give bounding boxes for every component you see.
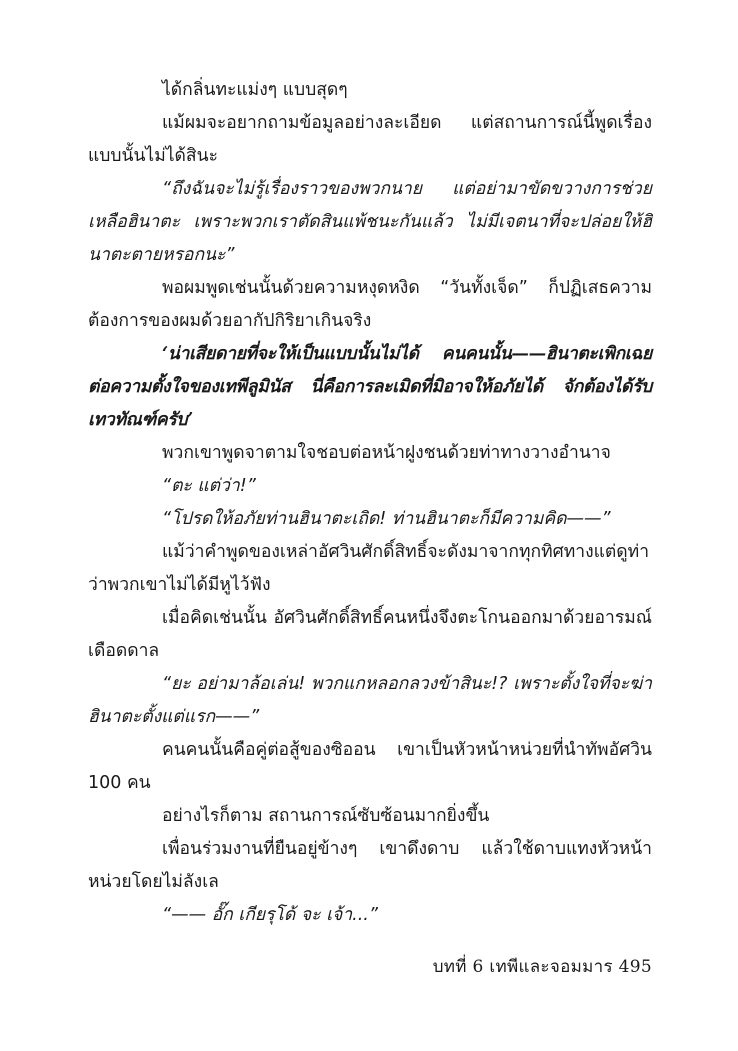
paragraph: แม้ว่าคำพูดของเหล่าอัศวินศักดิ์สิทธิ์จะด… bbox=[88, 536, 652, 602]
dialogue-paragraph: “ถึงฉันจะไม่รู้เรื่องราวของพวกนาย แต่อย่… bbox=[88, 173, 652, 272]
paragraph: คนคนนั้นคือคู่ต่อสู้ของซิออน เขาเป็นหัวห… bbox=[88, 734, 652, 800]
paragraph: เพื่อนร่วมงานที่ยืนอยู่ข้างๆ เขาดึงดาบ แ… bbox=[88, 833, 652, 899]
dialogue-paragraph: “ตะ แต่ว่า!” bbox=[88, 470, 652, 503]
page-footer: บทที่ 6 เทพีและจอมมาร 495 bbox=[433, 953, 652, 980]
paragraph: แม้ผมจะอยากถามข้อมูลอย่างละเอียด แต่สถาน… bbox=[88, 107, 652, 173]
paragraph: ได้กลิ่นทะแม่งๆ แบบสุดๆ bbox=[88, 74, 652, 107]
emphasis-dialogue-paragraph: ‘น่าเสียดายที่จะให้เป็นแบบนั้นไม่ได้ คนค… bbox=[88, 338, 652, 437]
paragraph: เมื่อคิดเช่นนั้น อัศวินศักดิ์สิทธิ์คนหนึ… bbox=[88, 602, 652, 668]
page-number: 495 bbox=[619, 957, 652, 977]
page-body: ได้กลิ่นทะแม่งๆ แบบสุดๆ แม้ผมจะอยากถามข้… bbox=[88, 74, 652, 932]
paragraph: พวกเขาพูดจาตามใจชอบต่อหน้าฝูงชนด้วยท่าทา… bbox=[88, 437, 652, 470]
paragraph: อย่างไรก็ตาม สถานการณ์ซับซ้อนมากยิ่งขึ้น bbox=[88, 800, 652, 833]
dialogue-paragraph: “ยะ อย่ามาล้อเล่น! พวกแกหลอกลวงข้าสินะ!?… bbox=[88, 668, 652, 734]
chapter-label: บทที่ 6 เทพีและจอมมาร bbox=[433, 957, 613, 977]
paragraph: พอผมพูดเช่นนั้นด้วยความหงุดหงิด “วันทั้ง… bbox=[88, 272, 652, 338]
dialogue-paragraph: “—— อั๊ก เกียรุโด้ จะ เจ้า...” bbox=[88, 899, 652, 932]
dialogue-paragraph: “โปรดให้อภัยท่านฮินาตะเถิด! ท่านฮินาตะก็… bbox=[88, 503, 652, 536]
